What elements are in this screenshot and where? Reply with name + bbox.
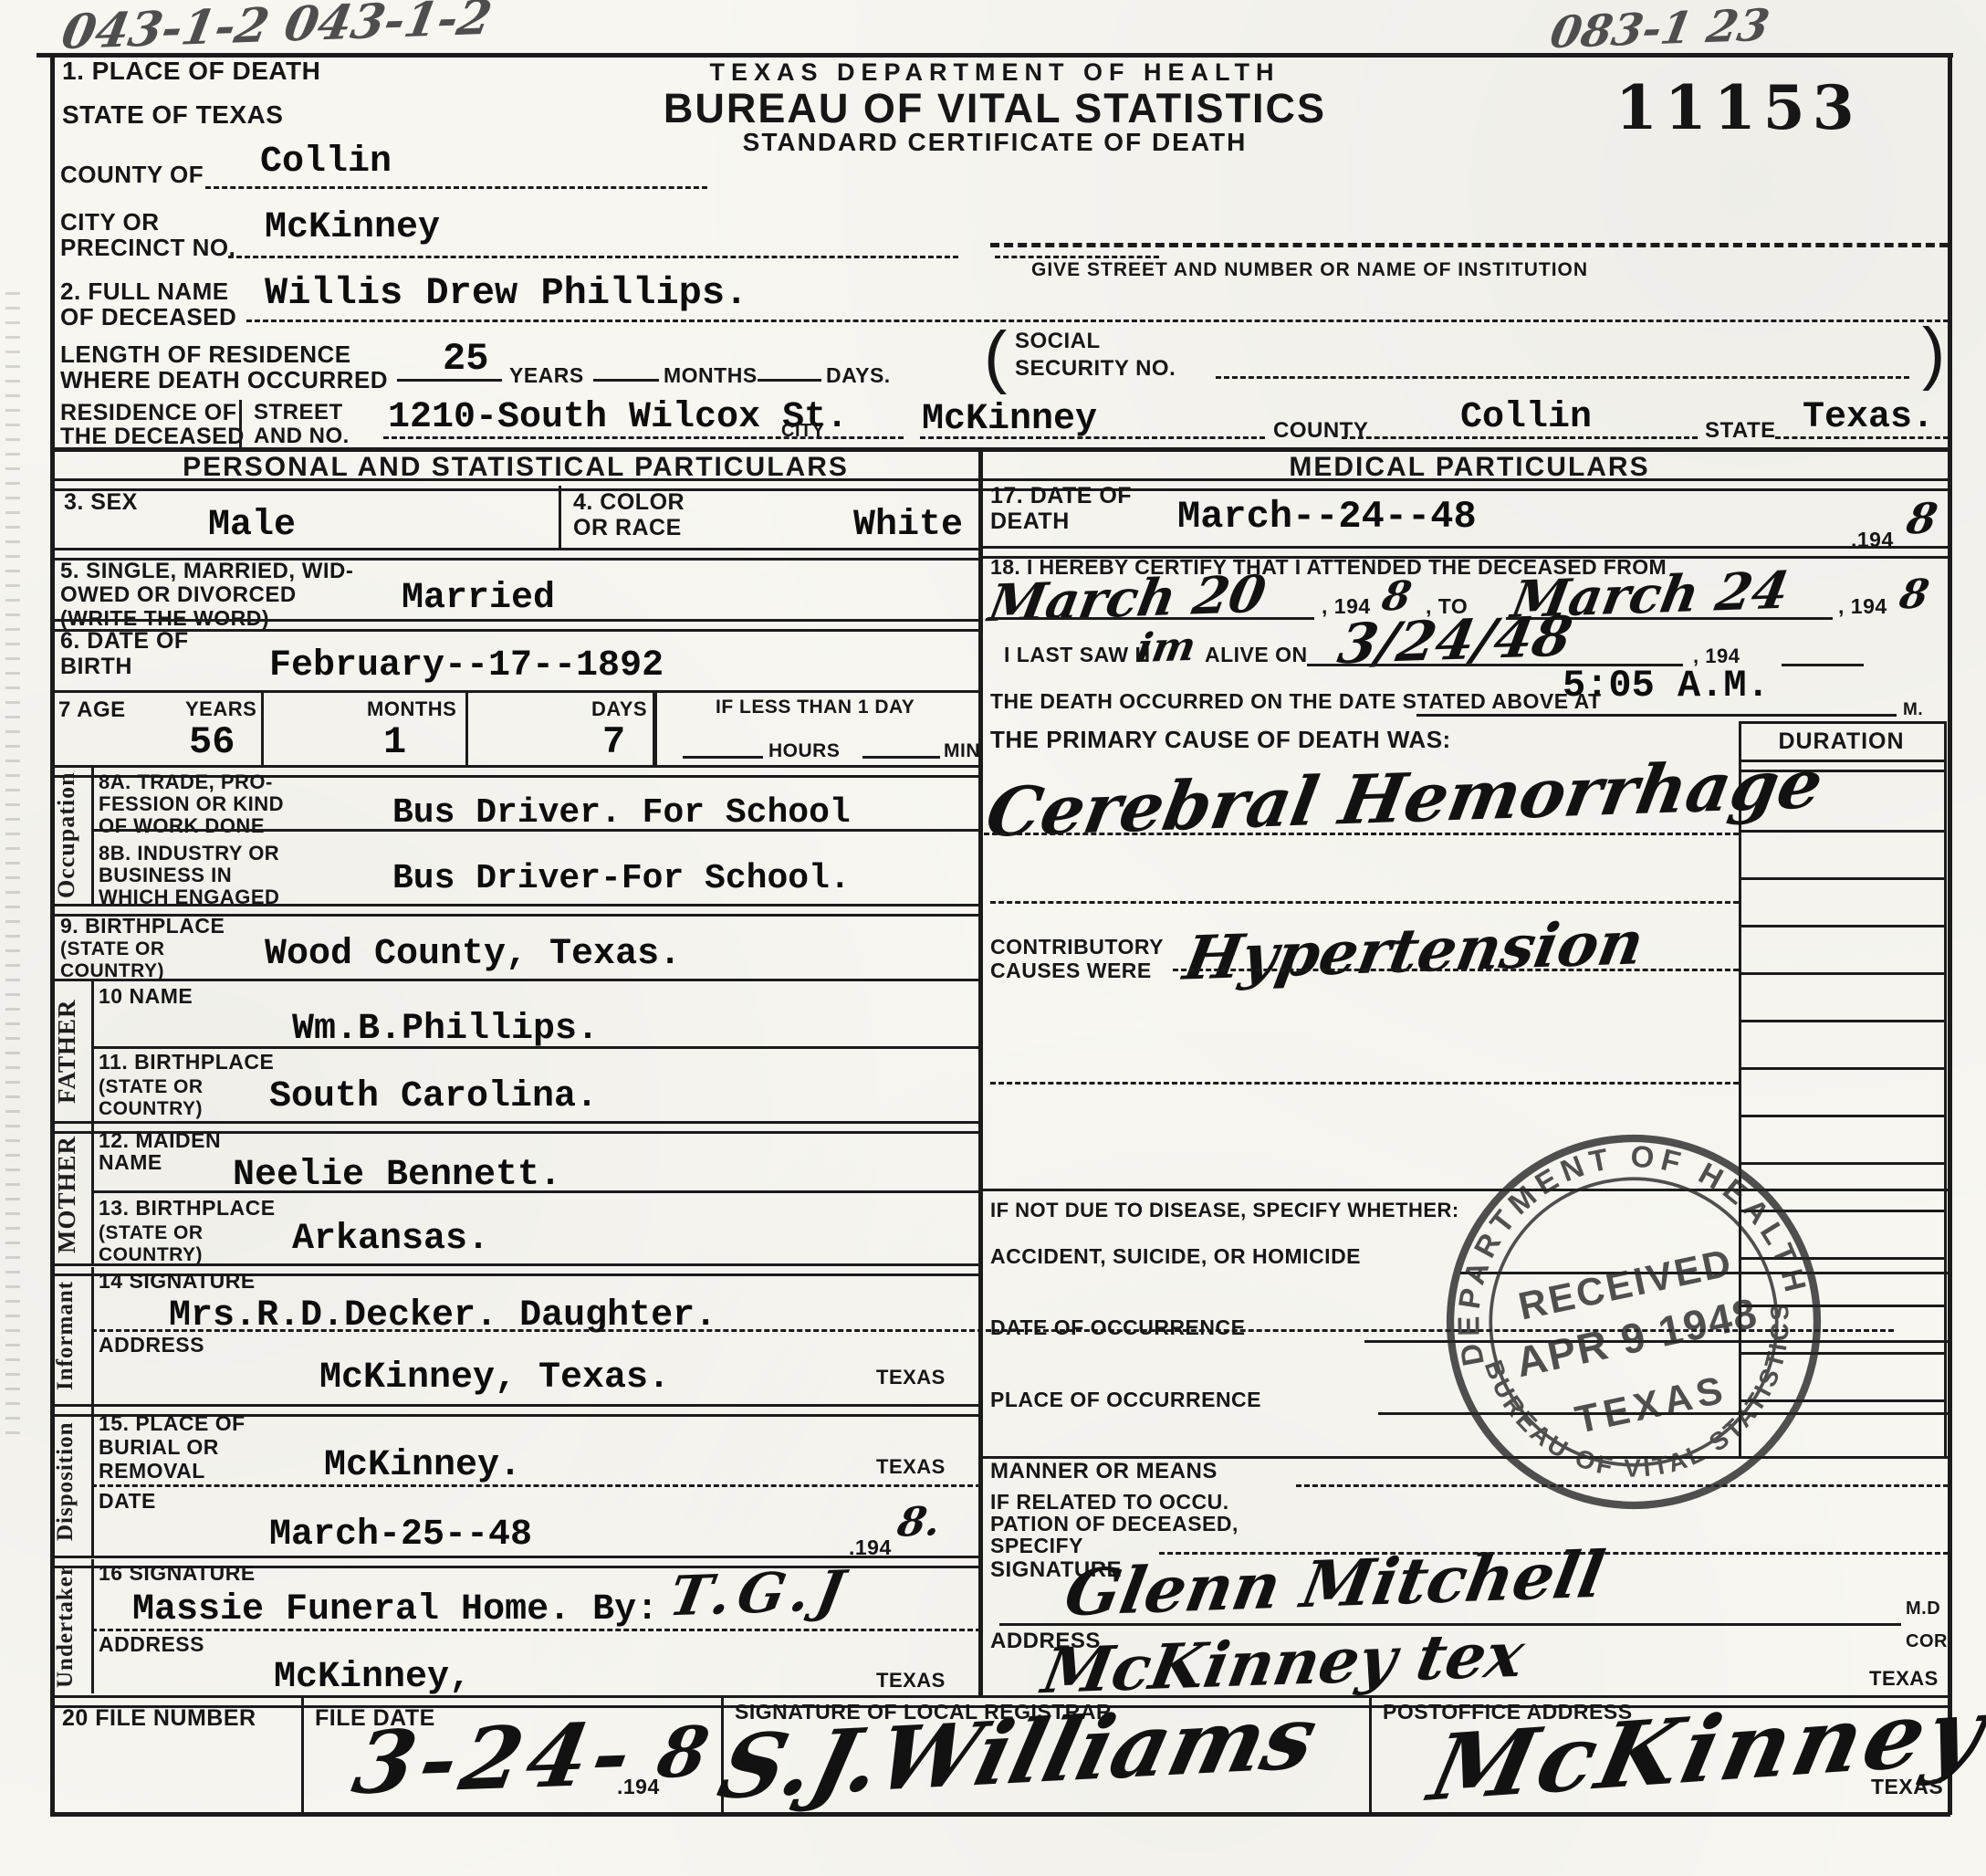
trade-label-2: FESSION OR KIND — [99, 794, 284, 814]
mother-name-label-1: 12. MAIDEN — [99, 1130, 221, 1151]
residence-length-label-2: WHERE DEATH OCCURRED — [60, 368, 388, 393]
rule-below-dob — [50, 690, 981, 693]
certificate-number: 11153 — [1615, 78, 1862, 139]
last-saw-label-2: ALIVE ON — [1205, 645, 1308, 666]
mother-bp-label-2: (STATE OR — [99, 1223, 204, 1242]
sex-value: Male — [208, 508, 296, 544]
father-strip-divider — [91, 980, 94, 1123]
marital-value: Married — [402, 581, 555, 617]
hours-label: HOURS — [768, 741, 840, 760]
marital-label-2: OWED OR DIVORCED — [60, 584, 297, 606]
pencil-annotation-left: 043-1-2 043-1-2 — [58, 0, 496, 57]
years-label: YEARS — [509, 365, 584, 386]
burial-date-value: March-25--48 — [269, 1517, 532, 1554]
father-name-value: Wm.B.Phillips. — [292, 1011, 599, 1048]
disposition-side-label: Disposition — [53, 1410, 89, 1554]
father-bp-label-2: (STATE OR — [99, 1077, 204, 1096]
last-saw-label-1: I LAST SAW H — [1004, 645, 1151, 666]
father-side-label: FATHER — [53, 982, 89, 1121]
years-blank — [397, 379, 502, 382]
related-label-1: IF RELATED TO OCCU. — [990, 1492, 1229, 1513]
rule-below-mother-name — [91, 1190, 981, 1193]
rule-below-marital — [50, 619, 981, 632]
dob-value: February--17--1892 — [269, 648, 664, 685]
mother-name-value: Neelie Bennett. — [233, 1158, 561, 1194]
res-city-underline — [920, 436, 1265, 439]
contrib-label-1: CONTRIBUTORY — [990, 937, 1164, 958]
undertaker-sig-label: 16 SIGNATURE — [99, 1563, 256, 1584]
accident-label: ACCIDENT, SUICIDE, OR HOMICIDE — [990, 1246, 1361, 1267]
death-certificate-scan: 043-1-2 043-1-2 083-1 23 1. PLACE OF DEA… — [0, 0, 1986, 1876]
undertaker-strip-divider — [91, 1559, 94, 1693]
mother-strip-divider — [91, 1124, 94, 1263]
year-hand-2: 8 — [1897, 574, 1932, 615]
county-of-value: Collin — [260, 144, 392, 181]
ssn-label-1: SOCIAL — [1015, 330, 1101, 352]
informant-sig-label: 14 SIGNATURE — [99, 1271, 256, 1292]
sex-race-divider — [559, 486, 561, 548]
residence-of-label-1: RESIDENCE OF — [60, 402, 237, 425]
residence-years-value: 25 — [443, 340, 488, 378]
informant-texas-label: TEXAS — [876, 1368, 946, 1388]
date-occ-label: DATE OF OCCURRENCE — [990, 1317, 1245, 1338]
residence-divider — [239, 400, 242, 447]
burial-label-1: 15. PLACE OF — [99, 1413, 246, 1434]
race-value: White — [853, 508, 963, 544]
burial-date-label: DATE — [99, 1491, 156, 1512]
border-bottom — [50, 1812, 1950, 1817]
min-label: MIN — [944, 741, 980, 760]
md-label: M.D — [1906, 1599, 1940, 1618]
birthplace-label-1: 9. BIRTHPLACE — [60, 916, 225, 937]
left-margin-marks — [5, 292, 20, 1442]
ssn-paren-close: ) — [1922, 318, 1946, 389]
header-standard: STANDARD CERTIFICATE OF DEATH — [584, 130, 1406, 156]
father-bp-value: South Carolina. — [269, 1079, 598, 1116]
attended-from-underline — [988, 617, 1314, 620]
institution-note: GIVE STREET AND NUMBER OR NAME OF INSTIT… — [1031, 260, 1588, 279]
street-value: 1210-South Wilcox St. — [388, 400, 848, 436]
industry-label-1: 8B. INDUSTRY OR — [99, 844, 279, 864]
burial-label-3: REMOVAL — [99, 1461, 205, 1482]
res-state-underline — [1775, 436, 1949, 439]
last-saw-hand: im — [1134, 627, 1199, 669]
undertaker-texas-label: TEXAS — [876, 1671, 946, 1691]
county-of-label: COUNTY OF — [60, 162, 204, 187]
age-months-value: 1 — [383, 723, 406, 761]
border-top — [37, 53, 1953, 58]
disposition-strip-divider — [91, 1407, 94, 1556]
age-years-value: 56 — [189, 723, 235, 761]
city-or-label: CITY OR — [60, 210, 159, 235]
city-precinct-value: McKinney — [265, 210, 440, 246]
burial-value: McKinney. — [324, 1448, 521, 1484]
mother-bp-label-1: 13. BIRTHPLACE — [99, 1198, 276, 1219]
burial-year-hand: 8. — [894, 1502, 944, 1544]
occupation-strip-divider — [91, 767, 94, 904]
age-days-value: 7 — [602, 723, 625, 761]
sex-label: 3. SEX — [64, 491, 138, 515]
mother-bp-label-3: COUNTRY) — [99, 1245, 203, 1264]
stamp-state-text: TEXAS — [1572, 1368, 1731, 1441]
year-print-2: , 194 — [1838, 596, 1887, 617]
related-label-3: SPECIFY — [990, 1535, 1083, 1556]
trade-label-3: OF WORK DONE — [99, 816, 265, 836]
blank-line-2 — [990, 1082, 1739, 1085]
burial-texas-label: TEXAS — [876, 1457, 946, 1477]
ssn-label-2: SECURITY NO. — [1015, 358, 1176, 380]
burial-label-2: BURIAL OR — [99, 1437, 219, 1458]
place-of-death-label: 1. PLACE OF DEATH — [62, 58, 320, 85]
contrib-underline — [1173, 969, 1739, 971]
manner-label: MANNER OR MEANS — [990, 1461, 1218, 1483]
days-blank — [758, 379, 821, 382]
age-divider-3 — [653, 692, 657, 765]
occurred-underline — [1416, 714, 1897, 717]
city-underline — [228, 256, 958, 258]
age-divider-2 — [465, 692, 468, 765]
informant-side-label: Informant — [53, 1269, 89, 1402]
occupation-side-label: Occupation — [53, 769, 89, 902]
header-dept: TEXAS DEPARTMENT OF HEALTH — [584, 60, 1406, 86]
undertaker-sig-value: Massie Funeral Home. By: — [132, 1592, 658, 1629]
trade-label-1: 8A. TRADE, PRO- — [99, 772, 273, 792]
race-label-2: OR RACE — [573, 517, 682, 540]
street-underline — [383, 436, 904, 439]
file-number-label: 20 FILE NUMBER — [62, 1707, 256, 1731]
marital-label-1: 5. SINGLE, MARRIED, WID- — [60, 561, 353, 582]
residence-of-label-2: THE DECEASED — [60, 425, 245, 449]
undertaker-addr-label: ADDRESS — [99, 1634, 204, 1655]
age-months-label: MONTHS — [367, 699, 456, 719]
m-label: M. — [1903, 701, 1923, 718]
received-stamp: DEPARTMENT OF HEALTH BUREAU OF VITAL STA… — [1405, 1093, 1864, 1552]
informant-addr-label: ADDRESS — [99, 1335, 204, 1356]
rule-below-undertaker-sig — [91, 1629, 981, 1631]
registrar-texas-label: TEXAS — [1871, 1776, 1943, 1797]
attended-from-hand: March 20 — [985, 569, 1270, 629]
contrib-value-hand: Hypertension — [1179, 912, 1647, 988]
rule-below-father-name — [91, 1046, 981, 1049]
father-bp-label-1: 11. BIRTHPLACE — [99, 1052, 274, 1073]
mother-bp-value: Arkansas. — [292, 1221, 489, 1258]
section-medical-title: MEDICAL PARTICULARS — [1022, 454, 1917, 482]
state-of-texas-label: STATE OF TEXAS — [62, 102, 283, 129]
res-city-value: McKinney — [922, 402, 1097, 438]
res-county-value: Collin — [1460, 400, 1592, 436]
age-divider-1 — [261, 692, 264, 765]
age-years-label: YEARS — [185, 699, 256, 719]
cor-label: COR — [1906, 1632, 1948, 1651]
column-divider — [978, 447, 983, 1695]
res-state-value: Texas. — [1803, 400, 1934, 436]
last-saw-year-blank — [1782, 664, 1864, 666]
dob-label-2: BIRTH — [60, 655, 132, 679]
days-label: DAYS. — [826, 365, 891, 386]
occurred-label: THE DEATH OCCURRED ON THE DATE STATED AB… — [990, 691, 1602, 712]
dob-label-1: 6. DATE OF — [60, 630, 189, 654]
street-label-2: AND NO. — [254, 425, 350, 447]
dod-label-1: 17. DATE OF — [990, 485, 1132, 508]
birthplace-label-2: (STATE OR — [60, 939, 165, 959]
section-personal-title: PERSONAL AND STATISTICAL PARTICULARS — [91, 454, 940, 482]
hours-blank — [683, 756, 763, 759]
city-underline-2 — [995, 256, 1159, 258]
dod-label-2: DEATH — [990, 510, 1070, 534]
informant-addr-value: McKinney, Texas. — [319, 1360, 670, 1397]
dod-value: March--24--48 — [1177, 498, 1477, 536]
full-name-label-2: OF DECEASED — [60, 305, 236, 330]
border-right — [1948, 53, 1952, 1815]
undertaker-addr-value: McKinney, — [274, 1660, 471, 1696]
physician-sig-hand: Glenn Mitchell — [1061, 1543, 1609, 1625]
mother-side-label: MOTHER — [53, 1127, 89, 1262]
age-days-label: DAYS — [591, 699, 647, 719]
pencil-annotation-right: 083-1 23 — [1547, 4, 1772, 55]
race-label-1: 4. COLOR — [573, 491, 685, 515]
min-blank — [862, 756, 940, 759]
res-state-label: STATE — [1705, 420, 1776, 442]
mother-name-label-2: NAME — [99, 1152, 162, 1173]
undertaker-side-label: Undertaker — [53, 1563, 89, 1691]
rule-below-birthplace — [50, 979, 981, 981]
header-bureau: BUREAU OF VITAL STATISTICS — [584, 88, 1406, 130]
industry-value: Bus Driver-For School. — [392, 862, 851, 896]
county-underline — [205, 186, 707, 189]
duration-box-right — [1944, 721, 1947, 1456]
trade-value: Bus Driver. For School — [392, 796, 851, 831]
ssn-blank — [1216, 376, 1909, 379]
rule-below-burial — [91, 1484, 981, 1487]
institution-underline — [990, 243, 1949, 247]
age-less-label: IF LESS THAN 1 DAY — [716, 697, 915, 717]
cause-underline — [984, 833, 1739, 835]
birthplace-value: Wood County, Texas. — [265, 937, 681, 973]
file-date-year-hand: 8 — [653, 1717, 714, 1788]
res-county-underline — [1342, 436, 1698, 439]
cause-label: THE PRIMARY CAUSE OF DEATH WAS: — [990, 728, 1451, 752]
father-name-label: 10 NAME — [99, 986, 193, 1007]
precinct-no-label: PRECINCT NO. — [60, 236, 235, 260]
not-disease-label: IF NOT DUE TO DISEASE, SPECIFY WHETHER: — [990, 1200, 1459, 1221]
months-blank — [593, 379, 659, 382]
registrar-divider-1 — [301, 1695, 304, 1812]
contrib-label-2: CAUSES WERE — [990, 960, 1152, 981]
full-name-value: Willis Drew Phillips. — [265, 274, 747, 312]
undertaker-sig-hand: T.G.J — [665, 1564, 855, 1625]
dod-year-hand: 8 — [1904, 497, 1940, 540]
industry-label-2: BUSINESS IN — [99, 865, 232, 886]
informant-strip-divider — [91, 1267, 94, 1404]
registrar-divider-3 — [1369, 1695, 1372, 1812]
related-label-2: PATION OF DECEASED, — [990, 1514, 1239, 1535]
full-name-underline — [246, 320, 1949, 322]
father-bp-label-3: COUNTRY) — [99, 1099, 203, 1118]
months-label: MONTHS — [664, 365, 758, 386]
blank-line-1 — [990, 901, 1739, 904]
full-name-label-1: 2. FULL NAME — [60, 279, 229, 304]
ssn-paren-open: ( — [984, 321, 1008, 393]
age-label: 7 AGE — [58, 699, 126, 721]
residence-length-label-1: LENGTH OF RESIDENCE — [60, 342, 351, 367]
street-label-1: STREET — [254, 402, 343, 424]
rule-below-trade — [91, 829, 981, 832]
place-occ-label: PLACE OF OCCURRENCE — [990, 1389, 1261, 1410]
file-date-hand: 3-24- — [348, 1712, 643, 1808]
duration-box-top — [1739, 721, 1947, 724]
